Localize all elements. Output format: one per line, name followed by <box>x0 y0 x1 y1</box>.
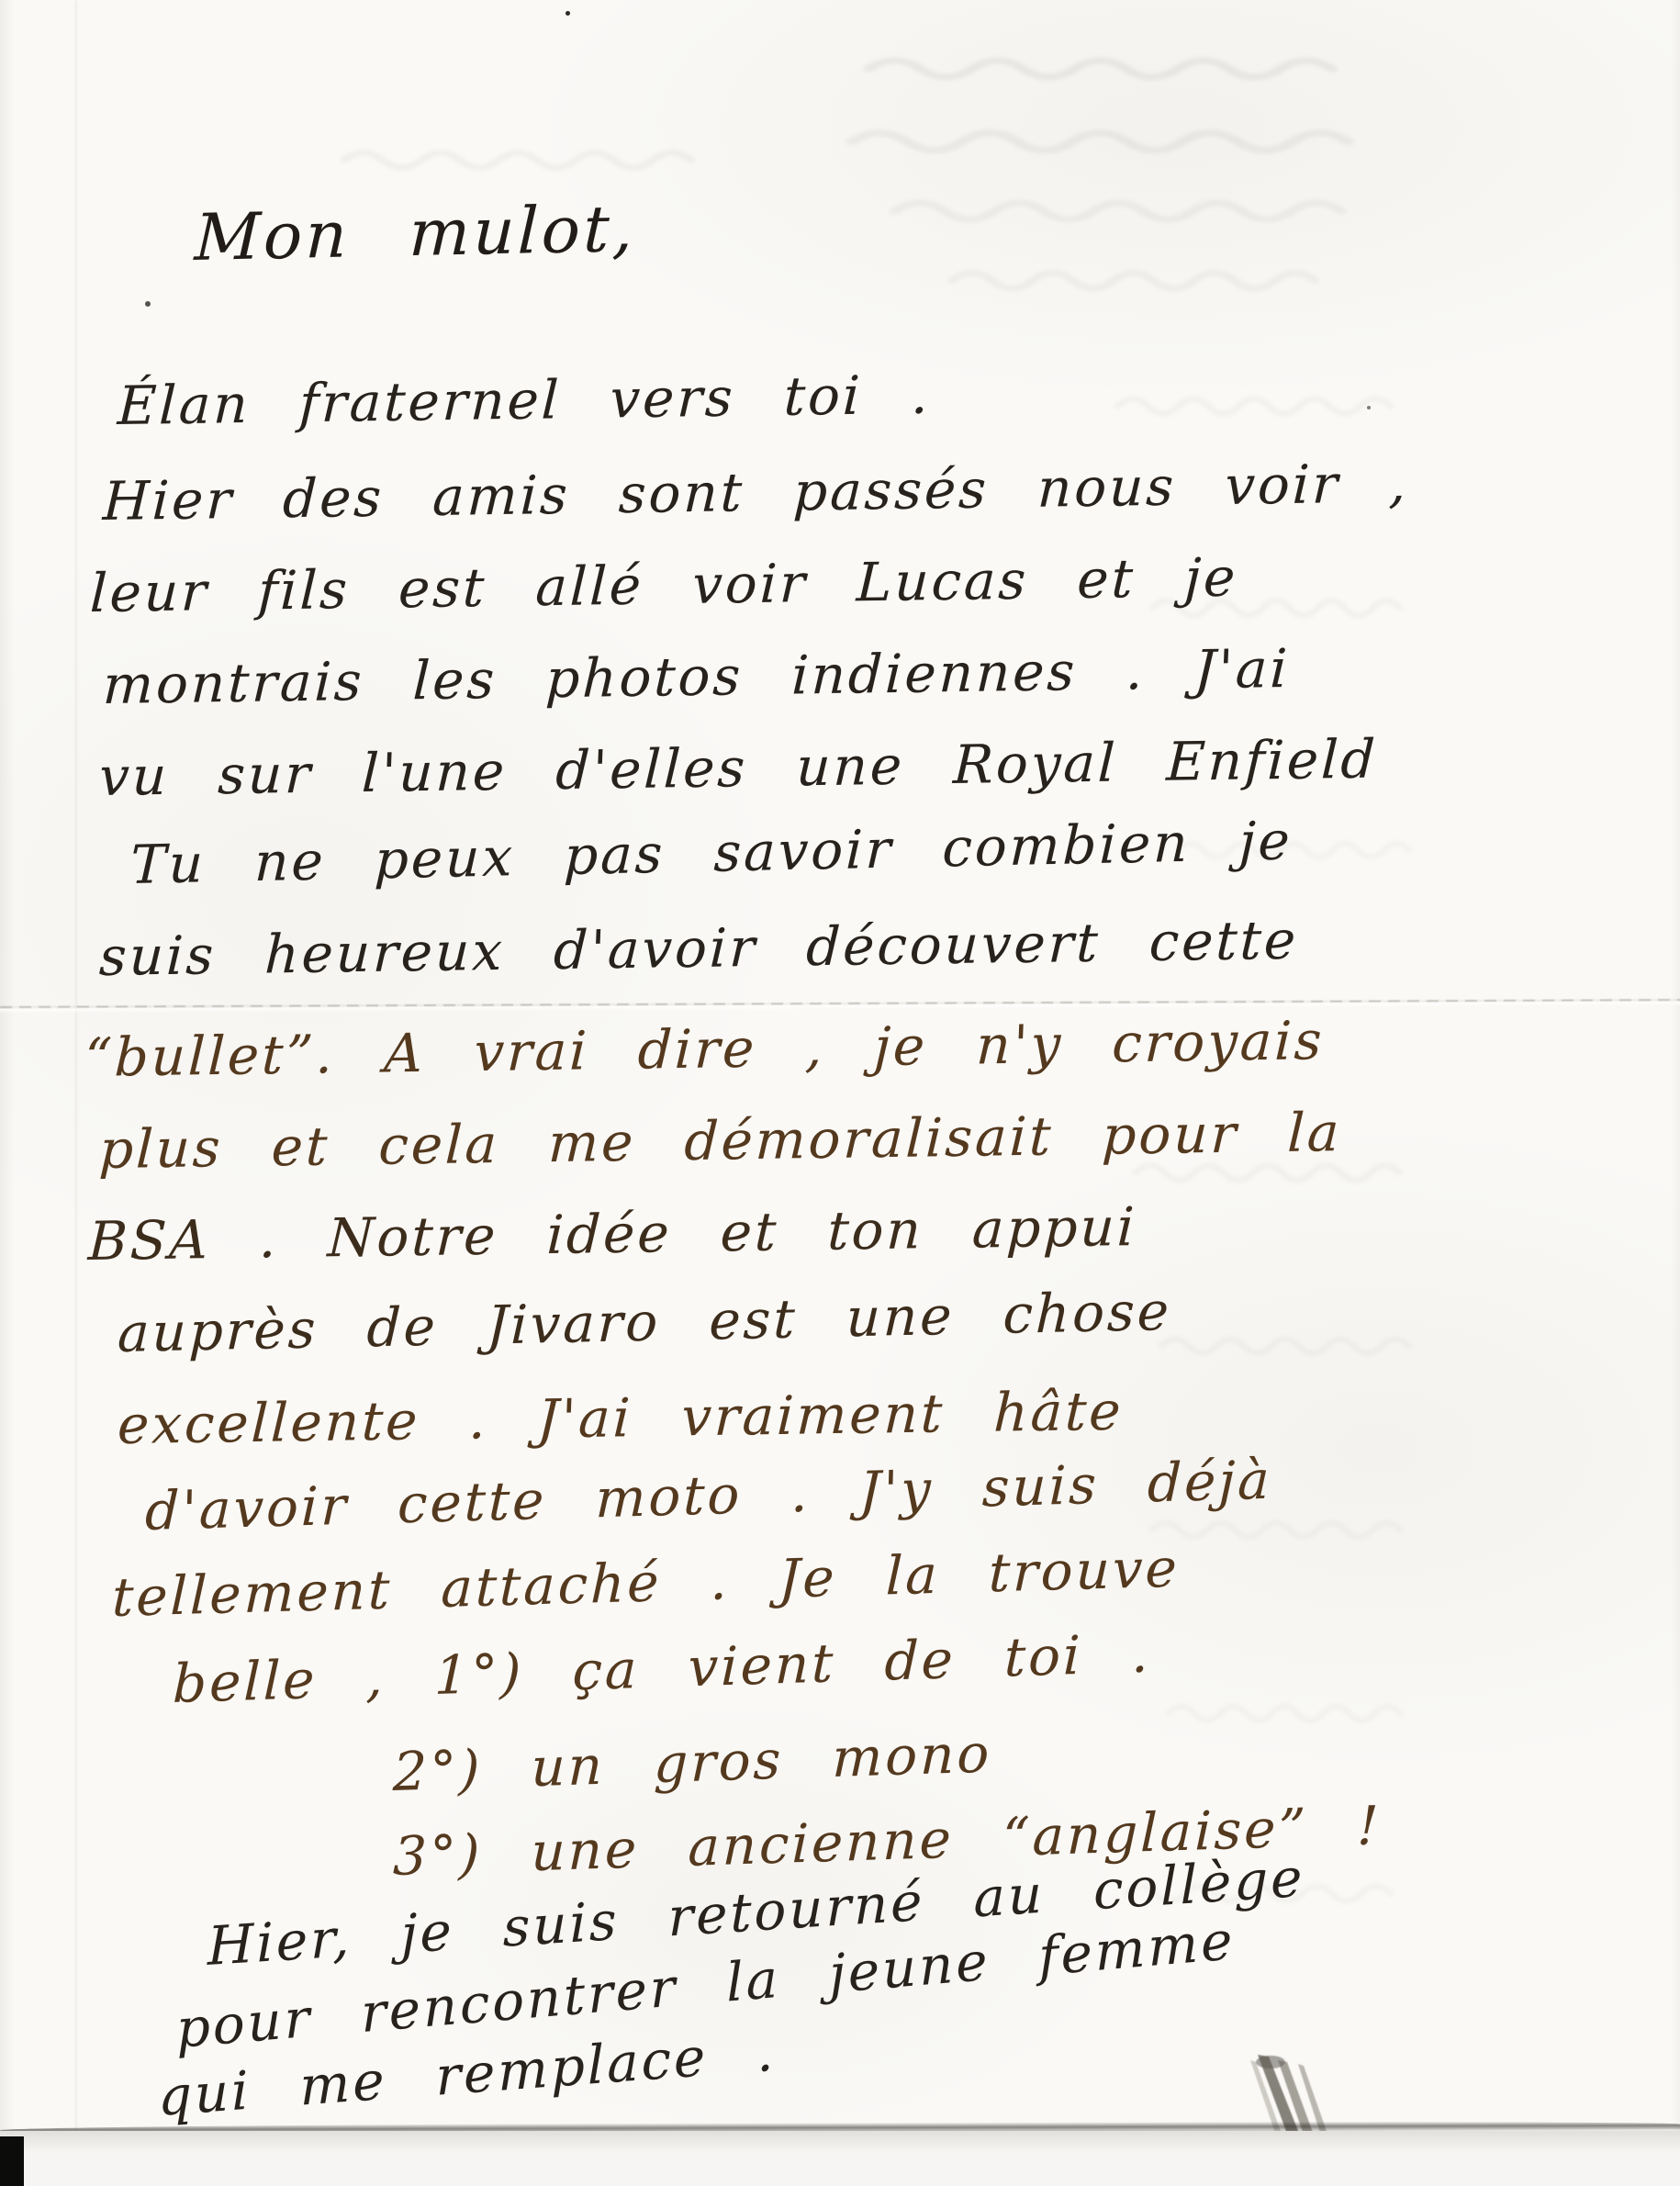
letter-line: auprès de Jivaro est une chose <box>117 1280 1172 1373</box>
letter-line: excellente . J'ai vraiment hâte <box>117 1380 1125 1465</box>
bleed-through-ghost-text <box>1092 386 1395 419</box>
letter-line: 2°) un gros mono <box>392 1721 992 1812</box>
bleed-through-ghost-text <box>826 46 1340 83</box>
scanner-corner-shadow <box>0 2136 24 2186</box>
letter-line: Hier des amis sont passés nous voir , <box>102 452 1410 542</box>
letter-line: Tu ne peux pas savoir combien je <box>129 809 1294 905</box>
letter-line: BSA . Notre idée et ton appui <box>87 1195 1138 1282</box>
letter-line: “bullet”. A vrai dire , je n'y croyais <box>84 1009 1326 1098</box>
scan-speck <box>566 11 570 16</box>
bleed-through-ghost-text <box>312 140 698 173</box>
scan-speck <box>1367 406 1371 409</box>
letter-line: suis heureux d'avoir découvert cette <box>98 909 1300 997</box>
bleed-through-ghost-text <box>1138 1327 1414 1358</box>
letter-line: tellement attaché . Je la trouve <box>111 1536 1180 1638</box>
letter-line: leur fils est allé voir Lucas et je <box>89 546 1239 634</box>
letter-line: montrais les photos indiennes . J'ai <box>102 637 1292 725</box>
letter-line: d'avoir cette moto . J'y suis déjà <box>144 1449 1272 1552</box>
letter-salutation: Mon mulot, <box>194 191 638 275</box>
vertical-fold-shadow <box>75 0 77 2130</box>
letter-line: belle , 1°) ça vient de toi . <box>172 1621 1151 1724</box>
bleed-through-ghost-text <box>1148 1694 1405 1725</box>
scanner-background-strip <box>0 2131 1680 2186</box>
bleed-through-ghost-text <box>854 188 1350 225</box>
scan-speck <box>145 301 151 307</box>
letter-line: Élan fraternel vers toi . <box>117 364 933 446</box>
letter-paper: Mon mulot, Élan fraternel vers toi . Hie… <box>0 0 1680 2130</box>
bleed-through-ghost-text <box>806 118 1357 156</box>
letter-line: vu sur l'une d'elles une Royal Enfield <box>98 728 1379 817</box>
bleed-through-ghost-text <box>918 259 1322 294</box>
